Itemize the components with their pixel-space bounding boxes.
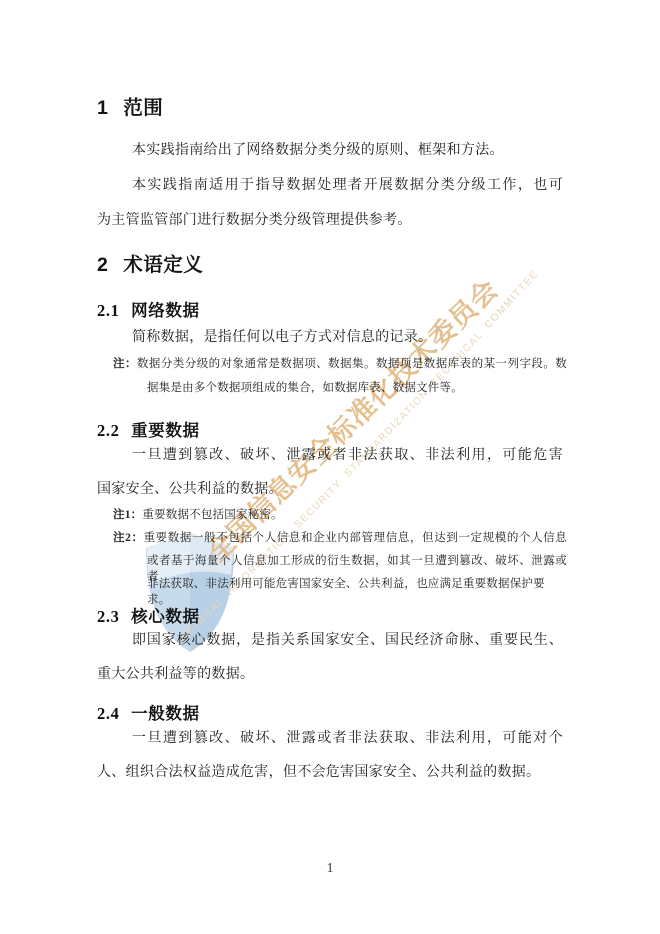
note-line: 注：数据分类分级的对象通常是数据项、数据集。数据项是数据库表的某一列字段。数 (113, 356, 567, 372)
paragraph-line: 人、组织合法权益造成危害，但不会危害国家安全、公共利益的数据。 (97, 763, 563, 783)
note-label: 注1： (113, 509, 142, 521)
paragraph-line: 即国家核心数据，是指关系国家安全、国民经济命脉、重要民生、 (97, 631, 563, 651)
note-line: 注1：重要数据不包括国家秘密。 (113, 507, 567, 523)
paragraph-line: 一旦遭到篡改、破坏、泄露或者非法获取、非法利用，可能对个 (97, 729, 563, 749)
note-text: 数据分类分级的对象通常是数据项、数据集。数据项是数据库表的某一列字段。数 (137, 358, 567, 370)
heading-core-data: 2.3 核心数据 (97, 603, 563, 627)
heading-terms: 2 术语定义 (97, 249, 563, 277)
document-page: 全国信息安全标准化技术委员会 NATIONAL INFORMATION SECU… (0, 0, 660, 934)
heading-scope: 1 范围 (97, 92, 563, 120)
document-content: 1 范围 本实践指南给出了网络数据分类分级的原则、框架和方法。 本实践指南适用于… (0, 0, 660, 934)
note-label: 注： (113, 358, 137, 370)
note-label: 注2： (113, 532, 144, 544)
paragraph-line: 本实践指南给出了网络数据分类分级的原则、框架和方法。 (97, 141, 563, 161)
note-line: 注2：重要数据一般不包括个人信息和企业内部管理信息，但达到一定规模的个人信息 (113, 530, 567, 546)
paragraph-line: 重大公共利益等的数据。 (97, 665, 563, 685)
paragraph-line: 一旦遭到篡改、破坏、泄露或者非法获取、非法利用，可能危害 (97, 446, 563, 466)
paragraph-line: 简称数据，是指任何以电子方式对信息的记录。 (97, 328, 563, 348)
note-line: 据集是由多个数据项组成的集合，如数据库表、数据文件等。 (147, 380, 567, 396)
paragraph-line: 本实践指南适用于指导数据处理者开展数据分类分级工作，也可 (97, 176, 563, 196)
note-text: 重要数据不包括国家秘密。 (142, 509, 282, 521)
paragraph-line: 为主管监管部门进行数据分类分级管理提供参考。 (97, 211, 563, 231)
heading-network-data: 2.1 网络数据 (97, 297, 563, 321)
heading-important-data: 2.2 重要数据 (97, 417, 563, 441)
heading-general-data: 2.4 一般数据 (97, 700, 563, 724)
page-number: 1 (0, 860, 660, 876)
paragraph-line: 国家安全、公共利益的数据。 (97, 480, 563, 500)
note-text: 重要数据一般不包括个人信息和企业内部管理信息，但达到一定规模的个人信息 (144, 532, 567, 544)
